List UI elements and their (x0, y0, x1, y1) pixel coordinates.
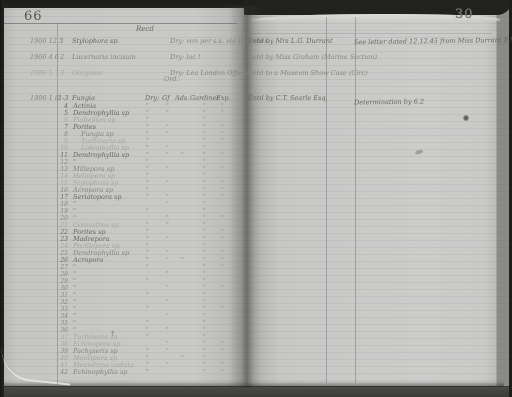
specimen-number: 18 (57, 201, 68, 208)
ditto-mark: " (166, 152, 169, 159)
ditto-mark: " (203, 159, 206, 166)
list-item: 31 " " " " " " (57, 292, 237, 299)
specimen-number: 8 (57, 131, 68, 138)
ditto-mark: " (203, 236, 206, 243)
cross-mark: † (111, 330, 115, 338)
ditto-mark: " (203, 348, 206, 355)
list-item: 34 " " " " " " (57, 313, 237, 320)
list-item: 18 " " " " " " (57, 201, 237, 208)
entry-note: Entd by C.T. Searle Esq. (248, 95, 328, 102)
ditto-mark: " (203, 341, 206, 348)
column-word-dry: Dry: (145, 95, 159, 102)
ditto-mark: " (203, 124, 206, 131)
ditto-mark: " (146, 194, 149, 201)
ink-spot (463, 115, 469, 121)
page-bottom-shadow (4, 381, 504, 387)
ditto-mark: " (221, 306, 224, 313)
specimen-number: 27 (57, 264, 68, 271)
ditto-mark: " (203, 320, 206, 327)
ditto-mark: " (146, 292, 149, 299)
entry-date: 1906 5 7 (30, 70, 59, 77)
species-name: Acropora (73, 257, 103, 264)
specimen-number: 12 (57, 159, 68, 166)
species-name: Fungia (72, 95, 95, 102)
ditto-mark: " (221, 194, 224, 201)
ditto-mark: " (166, 145, 169, 152)
entry-detail: Dry: Lea London Offices (170, 70, 250, 77)
entry-number: 2 (60, 54, 64, 61)
ditto-mark: " (146, 306, 149, 313)
ditto-mark: " (146, 208, 149, 215)
ditto-mark: " (221, 341, 224, 348)
register-scan: 66 30 Recd 1906 12 5 1 Stylophora sp. Dr… (0, 0, 512, 397)
ditto-mark: " (221, 369, 224, 376)
specimen-number: 40 (57, 355, 68, 362)
ditto-mark: " (203, 222, 206, 229)
ditto-mark: " (221, 166, 224, 173)
right-page-header-rule (250, 33, 492, 34)
ditto-mark: " (203, 264, 206, 271)
list-item: 35 " " " " " " (57, 320, 237, 327)
list-item: 42 Echinophyllia sp " " " " " (57, 369, 237, 376)
received-heading: Recd (136, 26, 154, 33)
ditto-mark: " (146, 355, 149, 362)
ditto-mark: " (221, 285, 224, 292)
ditto-mark: " (203, 103, 206, 110)
list-item: 11 Dendrophyllia sp " " " " " (57, 152, 237, 159)
ditto-mark: " (181, 152, 184, 159)
ditto-mark: " (166, 103, 169, 110)
ditto-mark: " (203, 355, 206, 362)
ditto-mark: " (146, 327, 149, 334)
ditto-mark: " (221, 124, 224, 131)
ditto-mark: " (166, 215, 169, 222)
ditto-mark: " (221, 257, 224, 264)
specimen-number: 17 (57, 194, 68, 201)
ditto-mark: " (203, 110, 206, 117)
register-entry: 1906 12 5 1 Stylophora sp. Dry: von per … (0, 38, 512, 45)
ditto-mark: " (221, 229, 224, 236)
ditto-mark: " (146, 250, 149, 257)
entry-note: Entd by Mrs L.G. Durrant (248, 38, 333, 45)
column-word-ads: Ads. (175, 95, 189, 102)
ditto-mark: " (146, 173, 149, 180)
specimen-number: 41 (57, 362, 68, 369)
ditto-mark: " (146, 369, 149, 376)
ditto-mark: " (166, 236, 169, 243)
specimen-number: 20 (57, 215, 68, 222)
ditto-mark: " (203, 299, 206, 306)
ditto-mark: " (146, 117, 149, 124)
list-item: 28 " " " " " " (57, 271, 237, 278)
entry-date: 1906 4 6 (30, 54, 59, 61)
ditto-mark: " (203, 208, 206, 215)
specimen-number: 4 (57, 103, 68, 110)
species-name: Seriatopora sp (73, 194, 122, 201)
ditto-mark: " (221, 131, 224, 138)
specimen-number: 22 (57, 229, 68, 236)
ditto-mark: " (146, 180, 149, 187)
ditto-mark: " (146, 278, 149, 285)
ditto-mark: " (221, 180, 224, 187)
ditto-mark: " (166, 362, 169, 369)
ditto-mark: " (203, 215, 206, 222)
species-name: Dendrophyllia sp (73, 152, 129, 159)
entry-number: 1-3 (58, 95, 68, 102)
specimen-number: 24 (57, 243, 68, 250)
ditto-mark: " (203, 166, 206, 173)
column-word-exp: Exp. (216, 95, 231, 102)
specimen-number: 35 (57, 320, 68, 327)
entry-note: Retd by Miss Graham (Marine Section) (248, 54, 377, 61)
entry-detail: Dry: loc ! (170, 54, 201, 61)
ditto-mark: " (166, 166, 169, 173)
ditto-mark: " (146, 152, 149, 159)
specimen-number: 39 (57, 348, 68, 355)
entry-date: 1906 12 5 (30, 38, 63, 45)
specimen-number: 5 (57, 110, 68, 117)
ditto-mark: " (181, 257, 184, 264)
ditto-mark: " (203, 257, 206, 264)
specimen-number: 19 (57, 208, 68, 215)
species-name: Stylophora sp. (72, 38, 120, 45)
left-page-number: 66 (24, 9, 43, 24)
specimen-number: 31 (57, 292, 68, 299)
ditto-mark: " (221, 103, 224, 110)
ditto-mark: " (166, 131, 169, 138)
specimen-number: 9 (57, 138, 68, 145)
ditto-mark: " (146, 229, 149, 236)
ditto-mark: " (221, 348, 224, 355)
specimen-number: 14 (57, 173, 68, 180)
ditto-mark: " (166, 285, 169, 292)
list-item: 19 " " " " " " (57, 208, 237, 215)
ditto-mark: " (203, 194, 206, 201)
specimen-number: 25 (57, 250, 68, 257)
entry-number: 3 (60, 70, 64, 77)
ditto-mark: " (146, 362, 149, 369)
specimen-number: 30 (57, 285, 68, 292)
ditto-mark: " (146, 124, 149, 131)
ditto-mark: " (203, 271, 206, 278)
ditto-mark: " (203, 362, 206, 369)
ditto-mark: " (221, 264, 224, 271)
ditto-mark: " (221, 187, 224, 194)
ditto-mark: " (203, 131, 206, 138)
list-item: 27 " " " " " " (57, 264, 237, 271)
ditto-mark: " (146, 110, 149, 117)
ditto-mark: " (221, 362, 224, 369)
ditto-mark: " (146, 264, 149, 271)
ditto-mark: " (166, 124, 169, 131)
specimen-number: 7 (57, 124, 68, 131)
ditto-mark: " (203, 229, 206, 236)
entry-date: 1906 1 8 (30, 95, 59, 102)
ditto-mark: " (203, 313, 206, 320)
ditto-mark: " (203, 306, 206, 313)
specimen-number: 28 (57, 271, 68, 278)
specimen-number: 16 (57, 187, 68, 194)
specimen-number: 21 (57, 222, 68, 229)
ditto-mark: " (146, 166, 149, 173)
ditto-mark: " (146, 243, 149, 250)
ditto-mark: " (203, 173, 206, 180)
ditto-mark: " (166, 110, 169, 117)
entry-number: 1 (60, 38, 64, 45)
list-item: 30 " " " " " " (57, 285, 237, 292)
ditto-mark: " (146, 187, 149, 194)
ditto-mark: " (146, 138, 149, 145)
ditto-mark: " (146, 222, 149, 229)
ditto-mark: " (203, 334, 206, 341)
entry-remark: Determination by 6.2 (354, 99, 424, 107)
list-item: 29 " " " " " " (57, 278, 237, 285)
stacked-page-edges (493, 10, 509, 388)
ditto-mark: " (203, 285, 206, 292)
specimen-list: 4 Actinia " " " " " 5 Dendrophyllia sp "… (57, 103, 237, 376)
ditto-mark: " (166, 201, 169, 208)
specimen-number: 34 (57, 313, 68, 320)
entry-note: Retd to a Museum Show Case (Circ) (248, 70, 368, 77)
ditto-mark: " (146, 103, 149, 110)
ditto-mark: " (203, 292, 206, 299)
ditto-mark: " (221, 250, 224, 257)
ditto-mark: " (203, 250, 206, 257)
ditto-mark: " (166, 341, 169, 348)
specimen-number: 42 (57, 369, 68, 376)
register-entry: 1906 4 6 2 Lucernaria incisum Dry: loc !… (0, 54, 512, 61)
right-page-number: 30 (455, 7, 474, 22)
ditto-mark: " (166, 180, 169, 187)
specimen-number: 36 (57, 327, 68, 334)
ditto-mark: " (181, 355, 184, 362)
ditto-mark: " (166, 271, 169, 278)
ditto-mark: " (203, 180, 206, 187)
specimen-number: 23 (57, 236, 68, 243)
ditto-mark: " (146, 257, 149, 264)
ditto-mark: " (203, 369, 206, 376)
list-header-row: 1906 1 8 1-3 Fungia Dry: Gf Ads. Gardine… (0, 95, 512, 102)
ditto-mark: " (166, 299, 169, 306)
specimen-number: 32 (57, 299, 68, 306)
list-item: 32 " " " " " " (57, 299, 237, 306)
ditto-mark: " (166, 257, 169, 264)
ditto-mark: " (203, 278, 206, 285)
ditto-mark: " (221, 110, 224, 117)
ditto-mark: " (166, 222, 169, 229)
specimen-number: 37 (57, 334, 68, 341)
ditto-mark: " (146, 334, 149, 341)
ditto-mark: " (203, 145, 206, 152)
specimen-number: 10 (57, 145, 68, 152)
specimen-number: 6 (57, 117, 68, 124)
specimen-number: 15 (57, 180, 68, 187)
ditto-mark: " (146, 159, 149, 166)
ditto-mark: " (203, 152, 206, 159)
ditto-mark: " (146, 348, 149, 355)
ditto-mark: " (166, 348, 169, 355)
specimen-number: 11 (57, 152, 68, 159)
ditto-mark: " (203, 117, 206, 124)
ditto-mark: " (146, 236, 149, 243)
list-item: 33 " " " " " " (57, 306, 237, 313)
specimen-number: 29 (57, 278, 68, 285)
ditto-mark: " (166, 250, 169, 257)
ditto-mark: " (221, 215, 224, 222)
specimen-number: 33 (57, 306, 68, 313)
ord-note: Ord. (164, 76, 179, 83)
ditto-mark: " (166, 194, 169, 201)
specimen-number: 26 (57, 257, 68, 264)
list-item: 26 Acropora " " " " " (57, 257, 237, 264)
species-name: Gorgonia (72, 70, 102, 77)
ditto-mark: " (146, 131, 149, 138)
list-item: 17 Seriatopora sp " " " " " (57, 194, 237, 201)
ditto-mark: " (203, 187, 206, 194)
ditto-mark: " (203, 243, 206, 250)
ditto-mark: " (221, 138, 224, 145)
species-name: Echinophyllia sp (73, 369, 127, 376)
entry-remark: See letter dated 12.12.45 from Miss Durr… (354, 37, 512, 46)
ditto-mark: " (203, 138, 206, 145)
ditto-mark: " (221, 236, 224, 243)
species-name: Lucernaria incisum (72, 54, 136, 61)
ditto-mark: " (221, 152, 224, 159)
column-word-gf: Gf (162, 95, 170, 102)
ditto-mark: " (146, 320, 149, 327)
ditto-mark: " (166, 313, 169, 320)
specimen-number: 13 (57, 166, 68, 173)
specimen-number: 38 (57, 341, 68, 348)
ditto-mark: " (203, 327, 206, 334)
ditto-mark: " (166, 327, 169, 334)
ditto-mark: " (146, 145, 149, 152)
register-entry: 1906 5 7 3 Gorgonia Dry: Lea London Offi… (0, 70, 512, 77)
ditto-mark: " (203, 201, 206, 208)
